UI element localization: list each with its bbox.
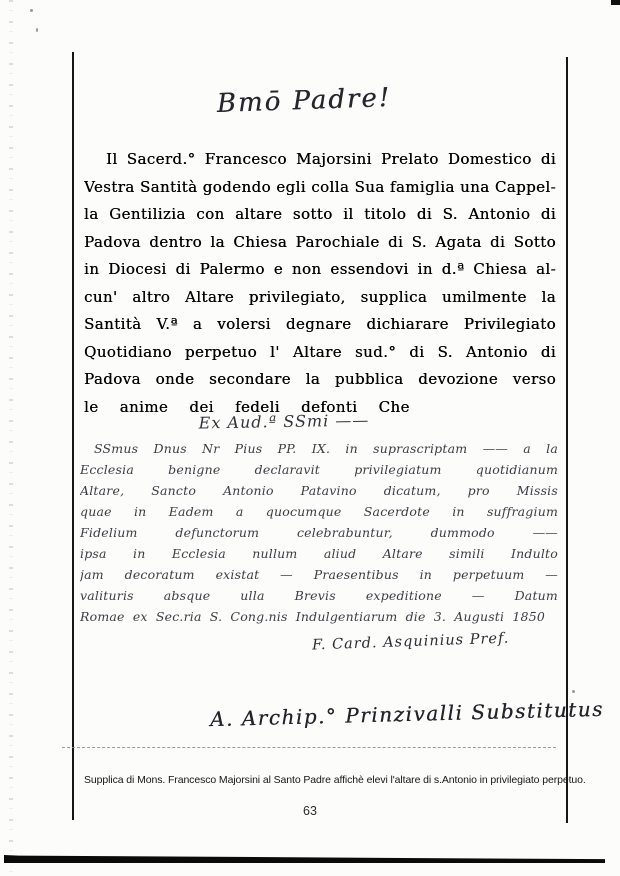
rescript-line: SSmus Dnus Nr Pius PP. IX. in suprascrip…	[80, 438, 558, 459]
signature-baseline-rule	[62, 747, 556, 748]
rescript-line: quae in Eadem a quocumque Sacerdote in s…	[80, 501, 558, 522]
rescript-line: ipsa in Ecclesia nullum aliud Altare sim…	[80, 543, 558, 564]
rescript-line: Ecclesia benigne declaravit privilegiatu…	[80, 459, 558, 480]
scanned-document-page: Bmō Padre! Il Sacerd.° Francesco Majorsi…	[0, 0, 620, 876]
rescript-line: valituris absque ulla Brevis expeditione…	[80, 585, 558, 606]
petition-line: Padova onde secondare la pubblica devozi…	[84, 366, 556, 394]
typed-caption: Supplica di Mons. Francesco Majorsini al…	[84, 774, 584, 786]
petition-line: cun' altro Altare privilegiato, supplica…	[84, 284, 556, 312]
scan-speck	[30, 9, 33, 12]
salutation-title: Bmō Padre!	[84, 78, 525, 123]
rescript-line: Altare, Sancto Antonio Patavino dicatum,…	[80, 480, 558, 501]
rescript-line: Romae ex Sec.ria S. Cong.nis Indulgentia…	[80, 606, 558, 627]
petition-line: Quotidiano perpetuo l' Altare sud.° di S…	[84, 339, 556, 367]
petition-line: Santità V.ª a volersi degnare dichiarare…	[84, 311, 556, 339]
scan-speck	[36, 28, 38, 32]
bottom-border-rule	[4, 855, 605, 863]
petition-paragraph: Il Sacerd.° Francesco Majorsini Prelato …	[84, 146, 556, 421]
petition-line: Vestra Santità godendo egli colla Sua fa…	[84, 174, 556, 202]
petition-line: Il Sacerd.° Francesco Majorsini Prelato …	[84, 146, 556, 174]
scan-speck	[572, 690, 575, 693]
corner-scan-mark	[611, 0, 620, 5]
left-border-rule	[72, 52, 74, 820]
petition-line: Padova dentro la Chiesa Parochiale di S.…	[84, 229, 556, 257]
rescript-paragraph: SSmus Dnus Nr Pius PP. IX. in suprascrip…	[80, 438, 558, 627]
petition-line: la Gentilizia con altare sotto il titolo…	[84, 201, 556, 229]
substitute-signature: A. Archip.° Prinzivalli Substitutus	[210, 697, 604, 731]
rescript-line: Fidelium defunctorum celebrabuntur, dumm…	[80, 522, 558, 543]
cardinal-signature: F. Card. Asquinius Pref.	[312, 631, 510, 654]
page-number: 63	[0, 804, 620, 818]
scan-artifact-column	[9, 0, 13, 876]
petition-line: in Diocesi di Palermo e non essendovi in…	[84, 256, 556, 284]
rescript-line: jam decoratum existat — Praesentibus in …	[80, 564, 558, 585]
